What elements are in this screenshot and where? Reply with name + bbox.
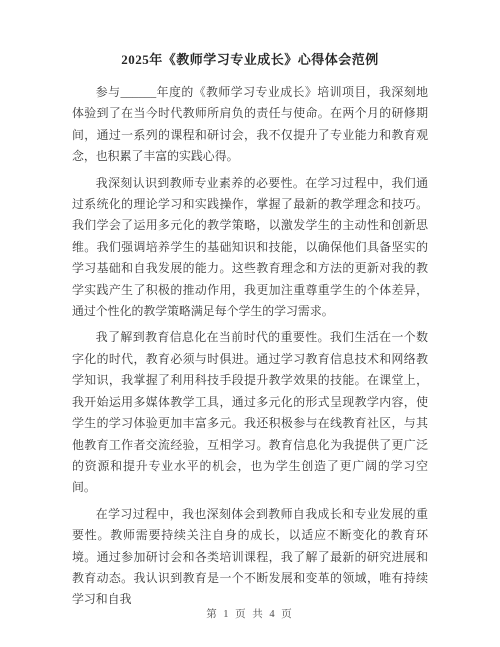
paragraph: 参与______年度的《教师学习专业成长》培训项目，我深刻地体验到了在当今时代教… [72, 82, 428, 168]
paragraph: 我深刻认识到教师专业素养的必要性。在学习过程中，我们通过系统化的理论学习和实践操… [72, 173, 428, 323]
paragraph: 在学习过程中，我也深刻体会到教师自我成长和专业发展的重要性。教师需要持续关注自身… [72, 504, 428, 611]
page-footer: 第 1 页 共 4 页 [0, 606, 500, 621]
document-title: 2025年《教师学习专业成长》心得体会范例 [72, 50, 428, 70]
document-body: 参与______年度的《教师学习专业成长》培训项目，我深刻地体验到了在当今时代教… [72, 82, 428, 611]
page-number-label: 第 1 页 共 4 页 [206, 609, 294, 620]
paragraph: 我了解到教育信息化在当前时代的重要性。我们生活在一个数字化的时代，教育必须与时俱… [72, 327, 428, 498]
document-page: 2025年《教师学习专业成长》心得体会范例 参与______年度的《教师学习专业… [0, 0, 500, 647]
